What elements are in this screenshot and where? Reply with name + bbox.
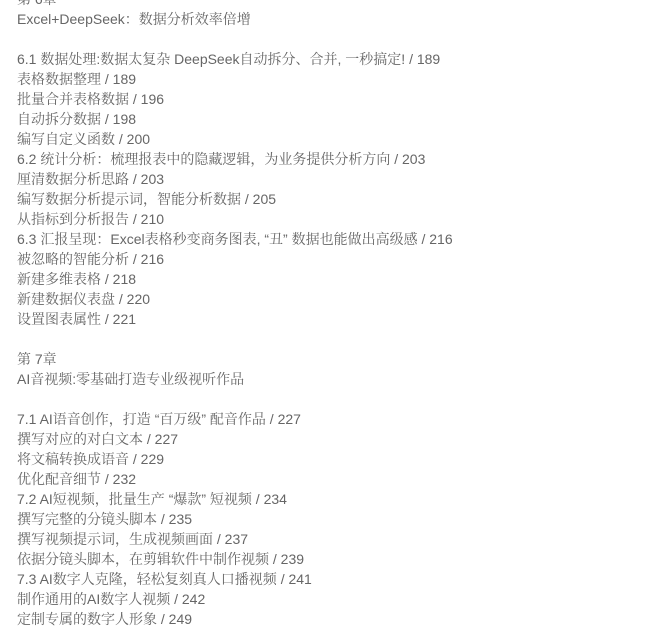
toc-entry: 批量合并表格数据 / 196 (17, 89, 648, 109)
chapter-items: 7.1 AI语音创作，打造 “百万级” 配音作品 / 227撰写对应的对白文本 … (17, 409, 648, 628)
chapter-title-line: Excel+DeepSeek：数据分析效率倍增 (17, 9, 648, 29)
toc-entry: 制作通用的AI数字人视频 / 242 (17, 589, 648, 609)
toc-entry: 依据分镜头脚本，在剪辑软件中制作视频 / 239 (17, 549, 648, 569)
toc-entry: 撰写完整的分镜头脚本 / 235 (17, 509, 648, 529)
toc-entry: 定制专属的数字人形象 / 249 (17, 609, 648, 628)
toc-entry: 表格数据整理 / 189 (17, 69, 648, 89)
chapter-title-line: AI音视频:零基础打造专业级视听作品 (17, 369, 648, 389)
toc-entry: 设置图表属性 / 221 (17, 309, 648, 329)
toc-entry: 撰写对应的对白文本 / 227 (17, 429, 648, 449)
toc-entry: 撰写视频提示词，生成视频画面 / 237 (17, 529, 648, 549)
toc-entry: 编写数据分析提示词，智能分析数据 / 205 (17, 189, 648, 209)
toc-entry: 新建数据仪表盘 / 220 (17, 289, 648, 309)
toc-entry: 自动拆分数据 / 198 (17, 109, 648, 129)
toc-chapter: 第 6章Excel+DeepSeek：数据分析效率倍增6.1 数据处理:数据太复… (17, 0, 648, 329)
toc-entry: 6.3 汇报呈现：Excel表格秒变商务图表, “丑” 数据也能做出高级感 / … (17, 229, 648, 249)
toc-entry: 7.3 AI数字人克隆，轻松复刻真人口播视频 / 241 (17, 569, 648, 589)
toc-chapter: 第 7章AI音视频:零基础打造专业级视听作品7.1 AI语音创作，打造 “百万级… (17, 349, 648, 628)
chapter-number-line: 第 7章 (17, 349, 648, 369)
chapter-heading: 第 6章Excel+DeepSeek：数据分析效率倍增 (17, 0, 648, 29)
toc-entry: 7.2 AI短视频，批量生产 “爆款” 短视频 / 234 (17, 489, 648, 509)
chapter-heading: 第 7章AI音视频:零基础打造专业级视听作品 (17, 349, 648, 389)
toc-entry: 6.1 数据处理:数据太复杂 DeepSeek自动拆分、合并, 一秒搞定! / … (17, 49, 648, 69)
chapter-number-line: 第 6章 (17, 0, 648, 9)
toc-entry: 厘清数据分析思路 / 203 (17, 169, 648, 189)
toc-entry: 优化配音细节 / 232 (17, 469, 648, 489)
toc-entry: 新建多维表格 / 218 (17, 269, 648, 289)
toc-entry: 从指标到分析报告 / 210 (17, 209, 648, 229)
toc-entry: 将文稿转换成语音 / 229 (17, 449, 648, 469)
table-of-contents: 第 6章Excel+DeepSeek：数据分析效率倍增6.1 数据处理:数据太复… (17, 0, 648, 628)
toc-entry: 6.2 统计分析：梳理报表中的隐藏逻辑，为业务提供分析方向 / 203 (17, 149, 648, 169)
chapter-items: 6.1 数据处理:数据太复杂 DeepSeek自动拆分、合并, 一秒搞定! / … (17, 49, 648, 329)
toc-entry: 编写自定义函数 / 200 (17, 129, 648, 149)
toc-entry: 被忽略的智能分析 / 216 (17, 249, 648, 269)
toc-entry: 7.1 AI语音创作，打造 “百万级” 配音作品 / 227 (17, 409, 648, 429)
